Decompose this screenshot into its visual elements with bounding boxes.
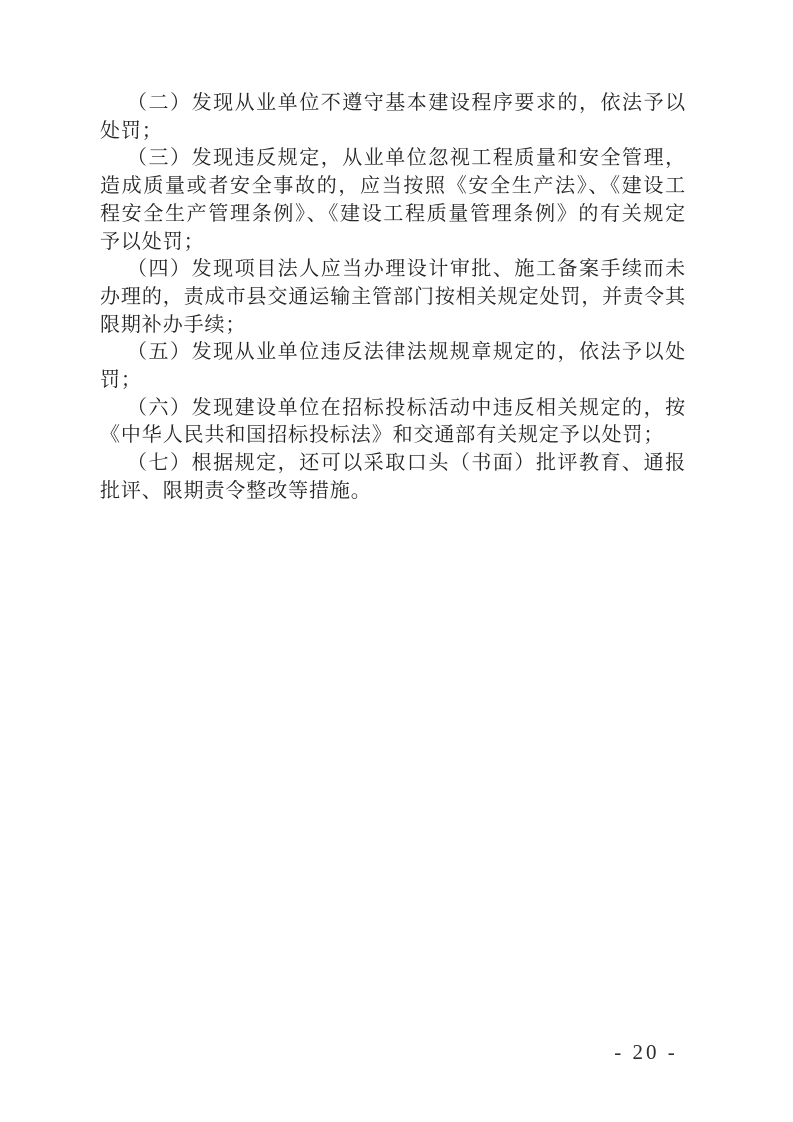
paragraph-item-3: （三）发现违反规定，从业单位忽视工程质量和安全管理，造成质量或者安全事故的，应当… — [100, 145, 686, 256]
paragraph-item-4: （四）发现项目法人应当办理设计审批、施工备案手续而未办理的，责成市县交通运输主管… — [100, 256, 686, 339]
paragraph-item-2: （二）发现从业单位不遵守基本建设程序要求的，依法予以处罚； — [100, 90, 686, 145]
document-page: （二）发现从业单位不遵守基本建设程序要求的，依法予以处罚； （三）发现违反规定，… — [0, 0, 793, 1122]
paragraph-item-5: （五）发现从业单位违反法律法规规章规定的，依法予以处罚； — [100, 339, 686, 394]
text-block: （二）发现从业单位不遵守基本建设程序要求的，依法予以处罚； （三）发现违反规定，… — [100, 90, 686, 506]
paragraph-item-6: （六）发现建设单位在招标投标活动中违反相关规定的，按《中华人民共和国招标投标法》… — [100, 395, 686, 450]
paragraph-item-7: （七）根据规定，还可以采取口头（书面）批评教育、通报批评、限期责令整改等措施。 — [100, 450, 686, 505]
page-number: - 20 - — [596, 1040, 696, 1065]
